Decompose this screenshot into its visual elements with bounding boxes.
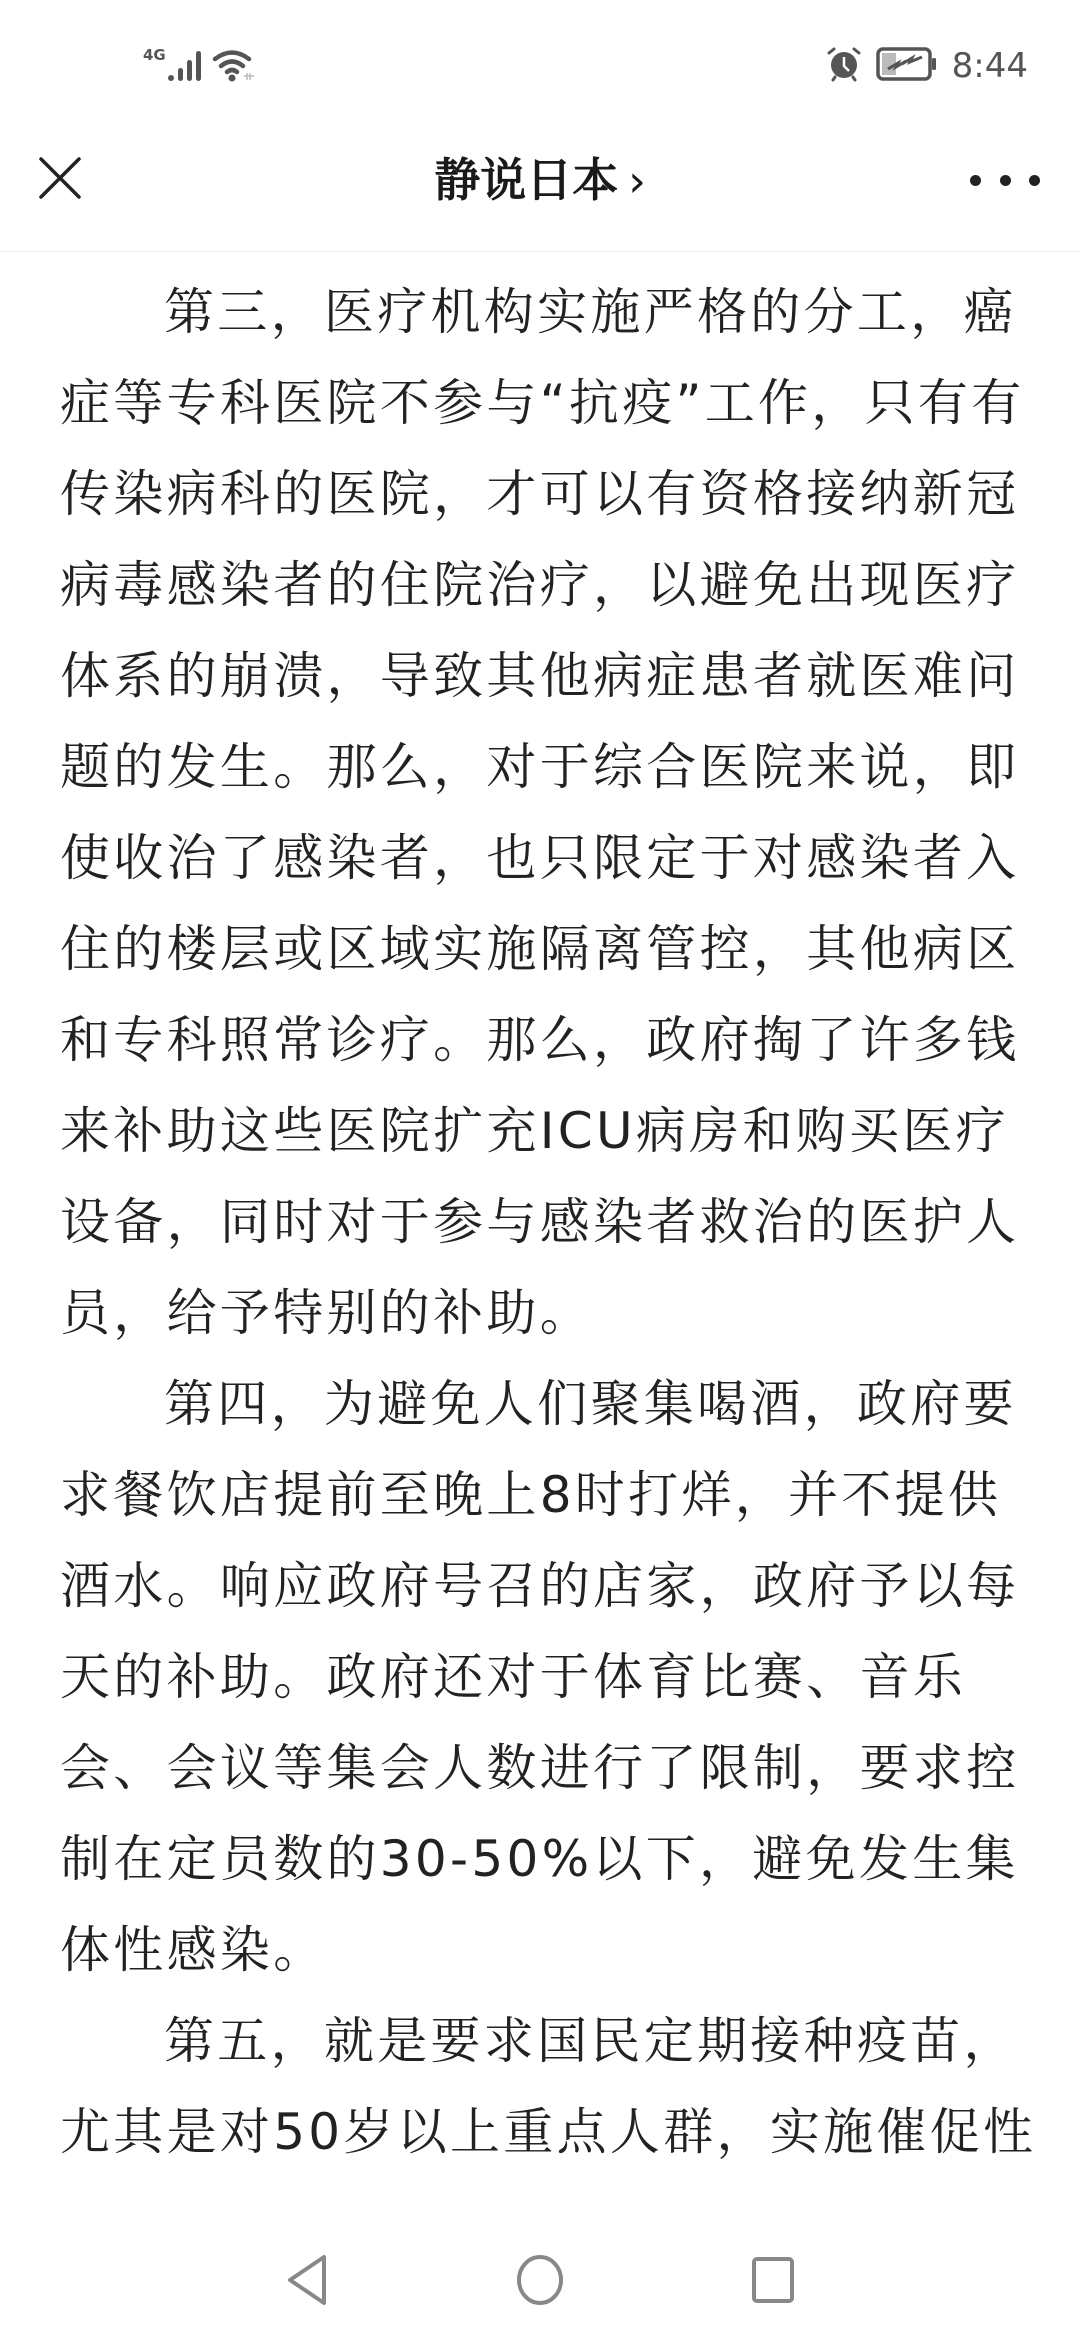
- home-button[interactable]: [510, 2252, 570, 2312]
- home-icon: [515, 2254, 565, 2310]
- back-icon: [286, 2254, 330, 2310]
- text-line: 体性感染。: [60, 1905, 1035, 1996]
- text-line: 病毒感染者的住院治疗，以避免出现医疗: [60, 540, 1035, 631]
- text-line: 会、会议等集会人数进行了限制，要求控: [60, 1723, 1035, 1814]
- paragraph-fourth: 第四，为避免人们聚集喝酒，政府要 求餐饮店提前至晚上8时打烊，并不提供 酒水。响…: [60, 1359, 1035, 1996]
- more-icon-dot: [1000, 175, 1011, 186]
- battery-charging-icon: [876, 47, 938, 85]
- wifi-icon: [212, 48, 256, 86]
- text-line: 症等专科医院不参与“抗疫”工作，只有有: [60, 358, 1035, 449]
- paragraph-third: 第三，医疗机构实施严格的分工，癌 症等专科医院不参与“抗疫”工作，只有有 传染病…: [60, 267, 1035, 1359]
- page-title: 静说日本: [434, 153, 618, 207]
- text-line: 第四，为避免人们聚集喝酒，政府要: [60, 1359, 1035, 1450]
- text-line: 来补助这些医院扩充ICU病房和购买医疗: [60, 1086, 1035, 1177]
- text-line: 设备，同时对于参与感染者救治的医护人: [60, 1177, 1035, 1268]
- recents-button[interactable]: [743, 2252, 803, 2312]
- status-right: 8:44: [826, 46, 1028, 86]
- text-line: 尤其是对50岁以上重点人群，实施催促性: [60, 2087, 1035, 2178]
- chevron-right-icon: ›: [628, 156, 646, 207]
- app-header: 静说日本›: [0, 130, 1080, 252]
- alarm-icon: [826, 46, 862, 86]
- text-line: 求餐饮店提前至晚上8时打烊，并不提供: [60, 1450, 1035, 1541]
- status-left: 4G: [143, 46, 256, 86]
- text-line: 天的补助。政府还对于体育比赛、音乐: [60, 1632, 1035, 1723]
- system-navigation-bar: [0, 2230, 1080, 2340]
- text-line: 题的发生。那么，对于综合医院来说，即: [60, 722, 1035, 813]
- signal-icon: [168, 50, 202, 86]
- network-type-label: 4G: [143, 48, 166, 63]
- more-icon: [970, 175, 981, 186]
- account-title-link[interactable]: 静说日本›: [0, 148, 1080, 214]
- text-line: 住的楼层或区域实施隔离管控，其他病区: [60, 904, 1035, 995]
- status-bar: 4G: [0, 0, 1080, 130]
- text-line: 第三，医疗机构实施严格的分工，癌: [60, 267, 1035, 358]
- text-line: 传染病科的医院，才可以有资格接纳新冠: [60, 449, 1035, 540]
- text-line: 酒水。响应政府号召的店家，政府予以每: [60, 1541, 1035, 1632]
- more-icon-dot: [1029, 175, 1040, 186]
- text-line: 制在定员数的30-50%以下，避免发生集: [60, 1814, 1035, 1905]
- paragraph-fifth: 第五，就是要求国民定期接种疫苗， 尤其是对50岁以上重点人群，实施催促性: [60, 1996, 1035, 2178]
- text-line: 使收治了感染者，也只限定于对感染者入: [60, 813, 1035, 904]
- article-body: 第三，医疗机构实施严格的分工，癌 症等专科医院不参与“抗疫”工作，只有有 传染病…: [60, 267, 1035, 2178]
- text-line: 第五，就是要求国民定期接种疫苗，: [60, 1996, 1035, 2087]
- status-time: 8:44: [952, 46, 1028, 86]
- recents-icon: [751, 2256, 795, 2308]
- text-line: 员，给予特别的补助。: [60, 1268, 1035, 1359]
- text-line: 和专科照常诊疗。那么，政府掏了许多钱: [60, 995, 1035, 1086]
- more-options-button[interactable]: [970, 160, 1040, 200]
- back-button[interactable]: [278, 2252, 338, 2312]
- text-line: 体系的崩溃，导致其他病症患者就医难问: [60, 631, 1035, 722]
